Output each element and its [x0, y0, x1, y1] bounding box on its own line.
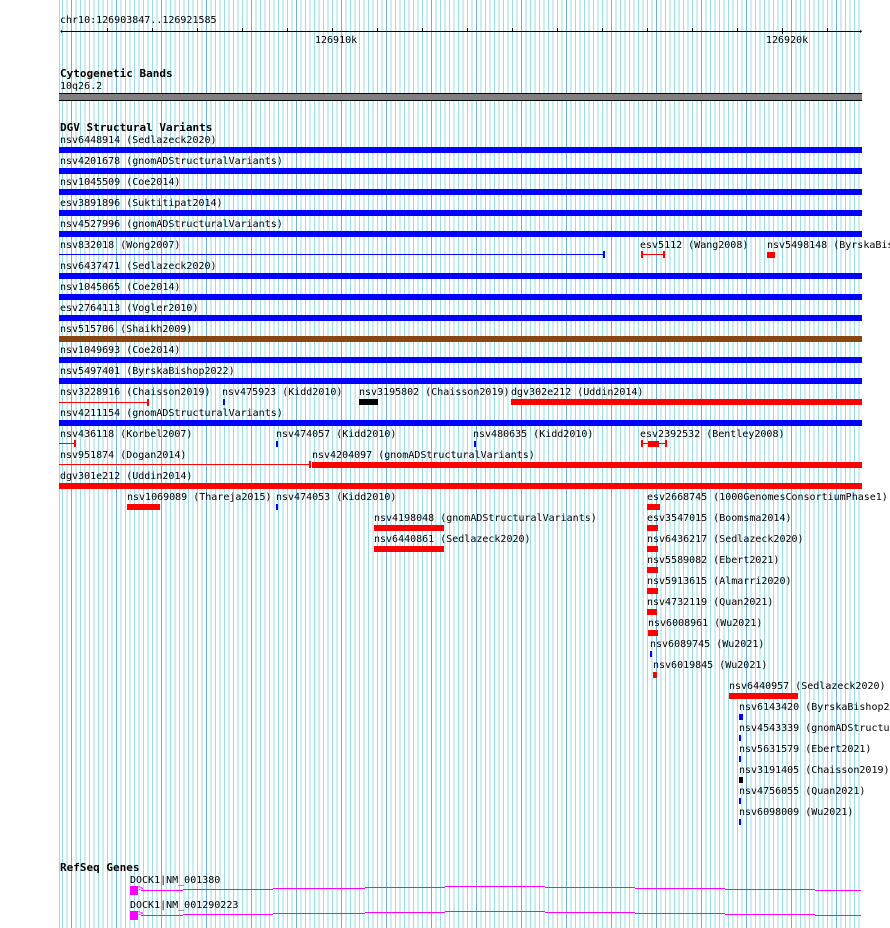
dgv-feature-bar[interactable]	[276, 504, 278, 510]
dgv-feature-bar[interactable]	[647, 567, 658, 573]
dgv-feature-label[interactable]: nsv5498148 (ByrskaBis	[767, 240, 890, 251]
intron-line	[445, 886, 545, 887]
intron-line	[365, 887, 445, 888]
ruler-tick	[557, 28, 558, 32]
dgv-feature-label[interactable]: nsv480635 (Kidd2010)	[473, 429, 593, 440]
dgv-feature-bar[interactable]	[647, 546, 658, 552]
ruler-tick	[827, 28, 828, 32]
intron-line	[183, 889, 273, 890]
transcript-label[interactable]: DOCK1|NM_001380	[130, 875, 220, 886]
dgv-feature-line[interactable]	[59, 402, 148, 403]
dgv-feature-cap	[147, 399, 149, 406]
dgv-feature-line[interactable]	[59, 443, 75, 444]
ruler-tick	[467, 28, 468, 32]
dgv-feature-bar[interactable]	[59, 315, 862, 321]
dgv-feature-bar[interactable]	[739, 777, 743, 783]
intron-line	[545, 887, 635, 888]
dgv-feature-label[interactable]: nsv436118 (Korbel2007)	[60, 429, 192, 440]
dgv-feature-label[interactable]: nsv6437471 (Sedlazeck2020)	[60, 261, 217, 272]
intron-line	[141, 890, 183, 891]
dgv-feature-label[interactable]: esv2392532 (Bentley2008)	[640, 429, 785, 440]
ruler-axis	[61, 31, 861, 32]
dgv-feature-bar[interactable]	[223, 399, 225, 405]
dgv-feature-bar[interactable]	[59, 420, 862, 426]
intron-line	[183, 914, 273, 915]
dgv-feature-label[interactable]: nsv4201678 (gnomADStructuralVariants)	[60, 156, 283, 167]
dgv-feature-bar[interactable]	[647, 525, 658, 531]
dgv-feature-cap	[641, 440, 643, 447]
dgv-feature-bar[interactable]	[312, 462, 862, 468]
dgv-feature-label[interactable]: esv3547015 (Boomsma2014)	[647, 513, 792, 524]
ruler-tick	[242, 28, 243, 32]
dgv-feature-label[interactable]: nsv5631579 (Ebert2021)	[739, 744, 871, 755]
dgv-feature-label[interactable]: nsv3195802 (Chaisson2019)	[359, 387, 510, 398]
intron-line	[815, 890, 861, 891]
dgv-feature-bar[interactable]	[59, 294, 862, 300]
dgv-feature-bar[interactable]	[739, 798, 741, 804]
dgv-feature-bar[interactable]	[59, 273, 862, 279]
ruler-tick	[737, 28, 738, 32]
intron-line	[273, 913, 365, 914]
scroll-right-arrow-icon[interactable]: →	[856, 27, 862, 37]
dgv-feature-bar[interactable]	[653, 672, 657, 678]
dgv-feature-label[interactable]: nsv6448914 (Sedlazeck2020)	[60, 135, 217, 146]
dgv-feature-bar[interactable]	[59, 357, 862, 363]
dgv-feature-label[interactable]: nsv951874 (Dogan2014)	[60, 450, 186, 461]
dgv-feature-label[interactable]: esv2764113 (Vogler2010)	[60, 303, 198, 314]
dgv-feature-label[interactable]: nsv475923 (Kidd2010)	[222, 387, 342, 398]
intron-line	[635, 913, 725, 914]
dgv-feature-label[interactable]: nsv1049693 (Coe2014)	[60, 345, 180, 356]
dgv-feature-label[interactable]: nsv5913615 (Almarri2020)	[647, 576, 792, 587]
dgv-feature-label[interactable]: esv5112 (Wang2008)	[640, 240, 748, 251]
dgv-feature-label[interactable]: dgv301e212 (Uddin2014)	[60, 471, 192, 482]
intron-line	[725, 914, 815, 915]
dgv-feature-line[interactable]	[641, 254, 664, 255]
dgv-feature-bar[interactable]	[729, 693, 798, 699]
dgv-feature-line[interactable]	[59, 254, 604, 255]
dgv-feature-bar[interactable]	[739, 714, 743, 720]
dgv-feature-bar[interactable]	[648, 441, 659, 447]
intron-line	[273, 888, 365, 889]
ruler-tick	[197, 28, 198, 32]
dgv-feature-label[interactable]: nsv474057 (Kidd2010)	[276, 429, 396, 440]
track-title-dgv: DGV Structural Variants	[60, 122, 212, 134]
ruler-tick	[107, 28, 108, 32]
dgv-feature-label[interactable]: nsv6440861 (Sedlazeck2020)	[374, 534, 531, 545]
location-label: chr10:126903847..126921585	[60, 15, 217, 26]
ruler-tick	[377, 28, 378, 32]
dgv-feature-label[interactable]: nsv5589082 (Ebert2021)	[647, 555, 779, 566]
ruler-tick	[512, 28, 513, 32]
track-title-cytogenetic-bands: Cytogenetic Bands	[60, 68, 173, 80]
dgv-feature-line[interactable]	[59, 464, 310, 465]
dgv-feature-label[interactable]: nsv6098009 (Wu2021)	[739, 807, 853, 818]
transcript-label[interactable]: DOCK1|NM_001290223	[130, 900, 238, 911]
dgv-feature-label[interactable]: nsv6436217 (Sedlazeck2020)	[647, 534, 804, 545]
dgv-feature-bar[interactable]	[59, 483, 862, 489]
dgv-feature-bar[interactable]	[59, 231, 862, 237]
dgv-feature-bar[interactable]	[767, 252, 775, 258]
ruler-tick	[332, 28, 333, 32]
dgv-feature-label[interactable]: nsv6440957 (Sedlazeck2020)	[729, 681, 886, 692]
dgv-feature-cap	[74, 440, 76, 447]
intron-line	[815, 915, 861, 916]
ruler-tick	[422, 28, 423, 32]
dgv-feature-label[interactable]: nsv6143420 (ByrskaBishop2	[739, 702, 890, 713]
intron-line	[545, 912, 635, 913]
dgv-feature-label[interactable]: nsv1069089 (Thareja2015)	[127, 492, 272, 503]
exon-block[interactable]	[130, 911, 138, 920]
dgv-feature-label[interactable]: nsv1045065 (Coe2014)	[60, 282, 180, 293]
dgv-feature-bar[interactable]	[359, 399, 378, 405]
dgv-feature-label[interactable]: nsv4204097 (gnomADStructuralVariants)	[312, 450, 535, 461]
dgv-feature-bar[interactable]	[374, 525, 444, 531]
dgv-feature-cap	[665, 440, 667, 447]
ruler-label-126910k: 126910k	[315, 35, 357, 46]
dgv-feature-label[interactable]: nsv4543339 (gnomADStructur	[739, 723, 890, 734]
dgv-feature-label[interactable]: nsv4527996 (gnomADStructuralVariants)	[60, 219, 283, 230]
dgv-feature-label[interactable]: nsv3228916 (Chaisson2019)	[60, 387, 211, 398]
ruler-tick	[647, 28, 648, 32]
dgv-feature-label[interactable]: dgv302e212 (Uddin2014)	[511, 387, 643, 398]
dgv-feature-bar[interactable]	[59, 147, 862, 153]
dgv-feature-bar[interactable]	[127, 504, 160, 510]
track-title-refseq: RefSeq Genes	[60, 862, 139, 874]
dgv-feature-label[interactable]: esv2668745 (1000GenomesConsortiumPhase1)	[647, 492, 888, 503]
dgv-feature-bar[interactable]	[474, 441, 476, 447]
intron-line	[445, 911, 545, 912]
exon-block[interactable]	[130, 886, 138, 895]
dgv-feature-bar[interactable]	[650, 651, 652, 657]
dgv-feature-bar[interactable]	[511, 399, 862, 405]
intron-line	[725, 889, 815, 890]
ruler-tick	[782, 28, 783, 34]
intron-line	[141, 915, 183, 916]
dgv-feature-bar[interactable]	[647, 609, 657, 615]
dgv-feature-bar[interactable]	[647, 588, 658, 594]
dgv-feature-label[interactable]: nsv6089745 (Wu2021)	[650, 639, 764, 650]
intron-line	[365, 912, 445, 913]
dgv-feature-label[interactable]: nsv474053 (Kidd2010)	[276, 492, 396, 503]
dgv-feature-bar[interactable]	[59, 336, 862, 342]
dgv-feature-bar[interactable]	[59, 210, 862, 216]
dgv-feature-label[interactable]: nsv515706 (Shaikh2009)	[60, 324, 192, 335]
dgv-feature-bar[interactable]	[648, 630, 658, 636]
ruler-tick	[152, 28, 153, 32]
dgv-feature-bar[interactable]	[739, 819, 741, 825]
ruler-label-126920k: 126920k	[766, 35, 808, 46]
dgv-feature-label[interactable]: nsv6008961 (Wu2021)	[648, 618, 762, 629]
dgv-feature-cap	[663, 251, 665, 258]
ruler-tick	[287, 28, 288, 32]
dgv-feature-bar[interactable]	[739, 735, 741, 741]
dgv-feature-bar[interactable]	[374, 546, 444, 552]
scroll-left-arrow-icon[interactable]: ←	[60, 27, 66, 37]
dgv-feature-label[interactable]: esv3891896 (Suktitipat2014)	[60, 198, 223, 209]
cytoband-bar[interactable]	[59, 93, 862, 101]
intron-line	[635, 888, 725, 889]
dgv-feature-bar[interactable]	[59, 168, 862, 174]
dgv-feature-bar[interactable]	[647, 504, 660, 510]
dgv-feature-label[interactable]: nsv4198048 (gnomADStructuralVariants)	[374, 513, 597, 524]
dgv-feature-bar[interactable]	[739, 756, 741, 762]
dgv-feature-label[interactable]: nsv5497401 (ByrskaBishop2022)	[60, 366, 235, 377]
cytoband-label: 10q26.2	[60, 81, 102, 92]
dgv-feature-label[interactable]: nsv832018 (Wong2007)	[60, 240, 180, 251]
ruler-tick	[602, 28, 603, 32]
dgv-feature-bar[interactable]	[59, 378, 862, 384]
dgv-feature-label[interactable]: nsv1045509 (Coe2014)	[60, 177, 180, 188]
dgv-feature-label[interactable]: nsv3191405 (Chaisson2019)	[739, 765, 890, 776]
dgv-feature-label[interactable]: nsv4732119 (Quan2021)	[647, 597, 773, 608]
dgv-feature-cap	[603, 251, 605, 258]
dgv-feature-bar[interactable]	[59, 189, 862, 195]
dgv-feature-label[interactable]: nsv4211154 (gnomADStructuralVariants)	[60, 408, 283, 419]
dgv-feature-label[interactable]: nsv4756055 (Quan2021)	[739, 786, 865, 797]
dgv-feature-label[interactable]: nsv6019845 (Wu2021)	[653, 660, 767, 671]
dgv-feature-bar[interactable]	[276, 441, 278, 447]
dgv-feature-cap	[309, 461, 311, 468]
ruler-tick	[692, 28, 693, 32]
dgv-feature-cap	[641, 251, 643, 258]
